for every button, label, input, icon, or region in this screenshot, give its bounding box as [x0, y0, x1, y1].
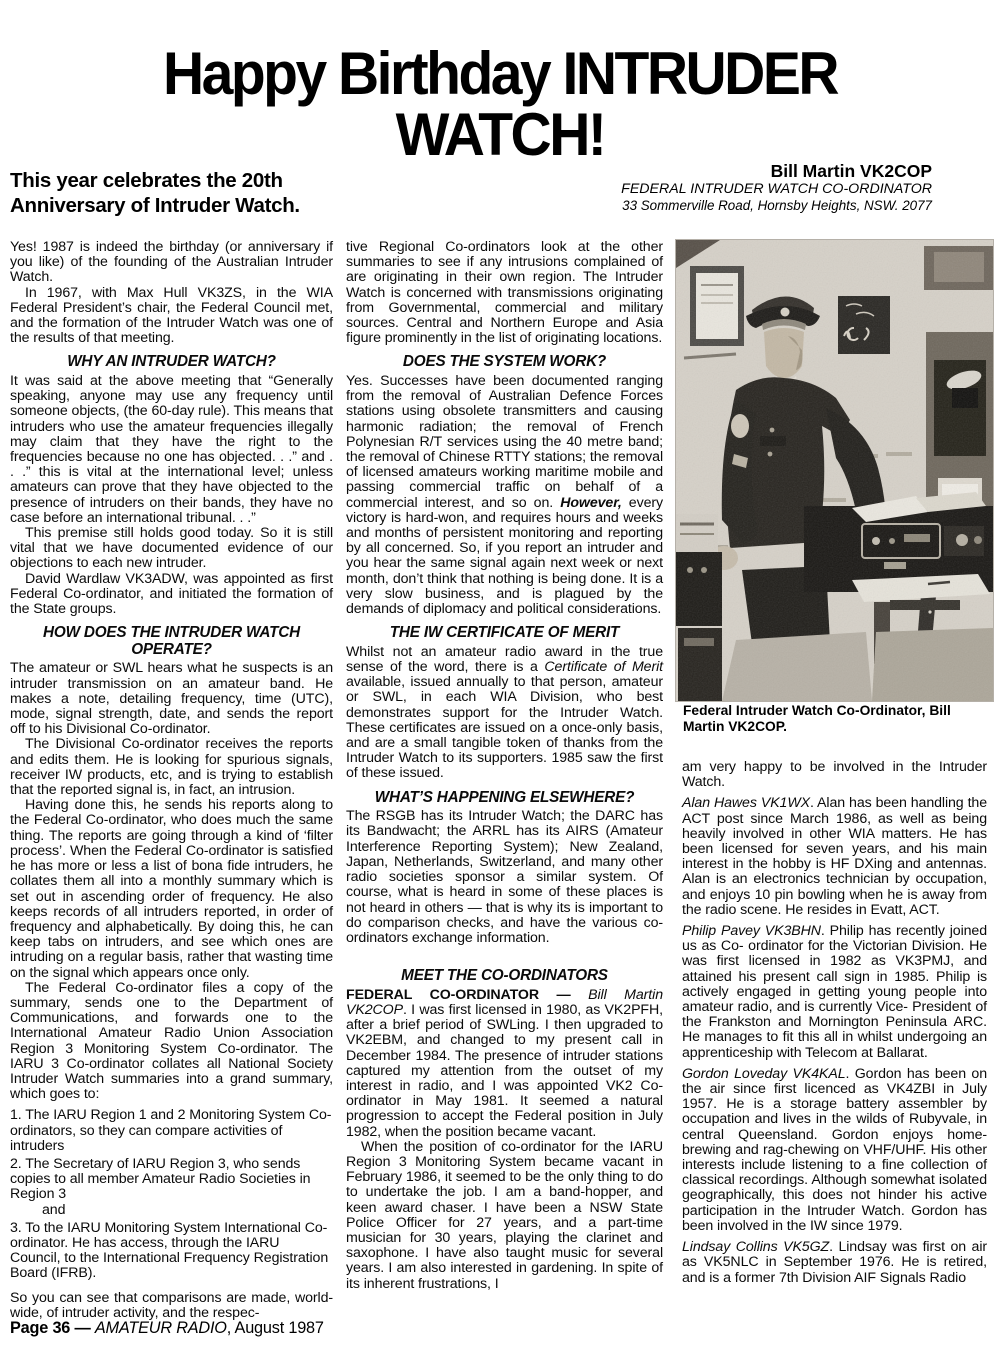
text-segment: tive Regional Co-ordinators look at the … [346, 239, 663, 346]
paragraph: The Divisional Co-ordinator receives the… [10, 737, 333, 798]
text-segment: Yes! 1987 is indeed the birthday (or ann… [10, 239, 333, 285]
text-segment: FEDERAL CO-ORDINATOR — [346, 987, 588, 1003]
paragraph: The Federal Co-ordinator files a copy of… [10, 981, 333, 1103]
text-segment: The Divisional Co-ordinator receives the… [10, 736, 333, 798]
paragraph: It was said at the above meeting that “G… [10, 374, 333, 526]
photo-illustration [676, 240, 993, 701]
text-segment: In 1967, with Max Hull VK3ZS, in the WIA… [10, 285, 333, 347]
text-segment: Gordon Loveday VK4KAL [682, 1066, 846, 1082]
byline: Bill Martin VK2COP FEDERAL INTRUDER WATC… [530, 162, 932, 214]
text-segment: David Wardlaw VK3ADW, was appointed as f… [10, 571, 333, 617]
text-segment: . Philip has recently joined us as Co- o… [682, 923, 987, 1061]
text-segment: Certificate of Merit [544, 659, 663, 675]
text-segment: 1. The IARU Region 1 and 2 Monitoring Sy… [10, 1107, 331, 1153]
paragraph: Having done this, he sends his reports a… [10, 798, 333, 980]
text-segment: The amateur or SWL hears what he suspect… [10, 660, 333, 737]
paragraph: David Wardlaw VK3ADW, was appointed as f… [10, 572, 333, 618]
text-segment: every victory is hard-won, and requires … [346, 495, 663, 617]
section-heading: HOW DOES THE INTRUDER WATCH OPERATE? [10, 625, 333, 658]
text-segment: Yes. Successes have been documented rang… [346, 373, 663, 511]
paragraph: Alan Hawes VK1WX. Alan has been handling… [682, 796, 987, 918]
paragraph: 3. To the IARU Monitoring System Interna… [10, 1221, 333, 1282]
text-segment: . I was first licensed in 1980, as VK2PF… [346, 1002, 663, 1140]
paragraph: The amateur or SWL hears what he suspect… [10, 661, 333, 737]
text-segment: When the position of co-ordinator for th… [346, 1139, 663, 1292]
text-segment: Having done this, he sends his reports a… [10, 797, 333, 980]
paragraph: Philip Pavey VK3BHN. Philip has recently… [682, 924, 987, 1061]
text-segment: The Federal Co-ordinator files a copy of… [10, 980, 333, 1102]
section-heading: WHY AN INTRUDER WATCH? [10, 354, 333, 371]
page-footer: Page 36 — AMATEUR RADIO, August 1987 [10, 1319, 324, 1338]
text-segment: . Alan has been handling the ACT post si… [682, 795, 987, 917]
text-segment: 2. The Secretary of IARU Region 3, who s… [10, 1156, 310, 1202]
byline-role: FEDERAL INTRUDER WATCH CO-ORDINATOR [530, 181, 932, 198]
paragraph: In 1967, with Max Hull VK3ZS, in the WIA… [10, 286, 333, 347]
column-right: am very happy to be involved in the Intr… [682, 760, 987, 1286]
byline-author: Bill Martin VK2COP [530, 162, 932, 181]
text-segment: and [42, 1202, 65, 1218]
text-segment: The RSGB has its Intruder Watch; the DAR… [346, 808, 663, 946]
footer-page-number: Page 36 — [10, 1319, 95, 1337]
text-segment: am very happy to be involved in the Intr… [682, 759, 987, 790]
paragraph: Lindsay Collins VK5GZ. Lindsay was first… [682, 1240, 987, 1286]
paragraph: Whilst not an amateur radio award in the… [346, 645, 663, 782]
text-segment: 3. To the IARU Monitoring System Interna… [10, 1220, 328, 1282]
paragraph: The RSGB has its Intruder Watch; the DAR… [346, 809, 663, 946]
text-segment: It was said at the above meeting that “G… [10, 373, 333, 526]
footer-magazine-name: AMATEUR RADIO [95, 1319, 227, 1337]
paragraph: 1. The IARU Region 1 and 2 Monitoring Sy… [10, 1108, 333, 1154]
paragraph: Yes. Successes have been documented rang… [346, 374, 663, 617]
paragraph: FEDERAL CO-ORDINATOR — Bill Martin VK2CO… [346, 988, 663, 1140]
photo-caption: Federal Intruder Watch Co-Ordinator, Bil… [683, 703, 985, 734]
paragraph: Gordon Loveday VK4KAL. Gordon has been o… [682, 1067, 987, 1234]
paragraph: 2. The Secretary of IARU Region 3, who s… [10, 1157, 333, 1203]
paragraph: tive Regional Co-ordinators look at the … [346, 240, 663, 346]
magazine-page: Happy Birthday INTRUDER WATCH! This year… [0, 0, 1000, 1349]
text-segment: . Gordon has been on the air since first… [682, 1066, 987, 1234]
footer-issue-date: , August 1987 [227, 1319, 324, 1337]
text-segment: available, issued annually to that perso… [346, 674, 663, 781]
column-middle: tive Regional Co-ordinators look at the … [346, 240, 663, 1292]
text-segment: However, [560, 495, 622, 511]
byline-address: 33 Sommerville Road, Hornsby Heights, NS… [530, 198, 932, 214]
article-title: Happy Birthday INTRUDER WATCH! [0, 44, 1000, 166]
paragraph: and [10, 1203, 333, 1218]
section-heading: DOES THE SYSTEM WORK? [346, 354, 663, 371]
text-segment: Lindsay Collins VK5GZ [682, 1239, 829, 1255]
section-heading: THE IW CERTIFICATE OF MERIT [346, 625, 663, 642]
column-left: Yes! 1987 is indeed the birthday (or ann… [10, 240, 333, 1321]
text-segment: Alan Hawes VK1WX [682, 795, 810, 811]
paragraph: am very happy to be involved in the Intr… [682, 760, 987, 790]
article-title-line1: Happy Birthday INTRUDER [0, 42, 1000, 106]
text-segment: Philip Pavey VK3BHN [682, 923, 821, 939]
paragraph: This premise still holds good today. So … [10, 526, 333, 572]
article-title-line2: WATCH! [0, 103, 1000, 167]
text-segment: This premise still holds good today. So … [10, 525, 333, 571]
paragraph: When the position of co-ordinator for th… [346, 1140, 663, 1292]
text-segment: So you can see that comparisons are made… [10, 1290, 333, 1321]
article-subheading: This year celebrates the 20th Anniversar… [10, 168, 332, 218]
section-heading: WHAT’S HAPPENING ELSEWHERE? [346, 790, 663, 807]
photo-bill-martin-at-radio-desk [676, 240, 993, 701]
section-heading: MEET THE CO-ORDINATORS [346, 968, 663, 985]
paragraph: Yes! 1987 is indeed the birthday (or ann… [10, 240, 333, 286]
paragraph: So you can see that comparisons are made… [10, 1291, 333, 1321]
